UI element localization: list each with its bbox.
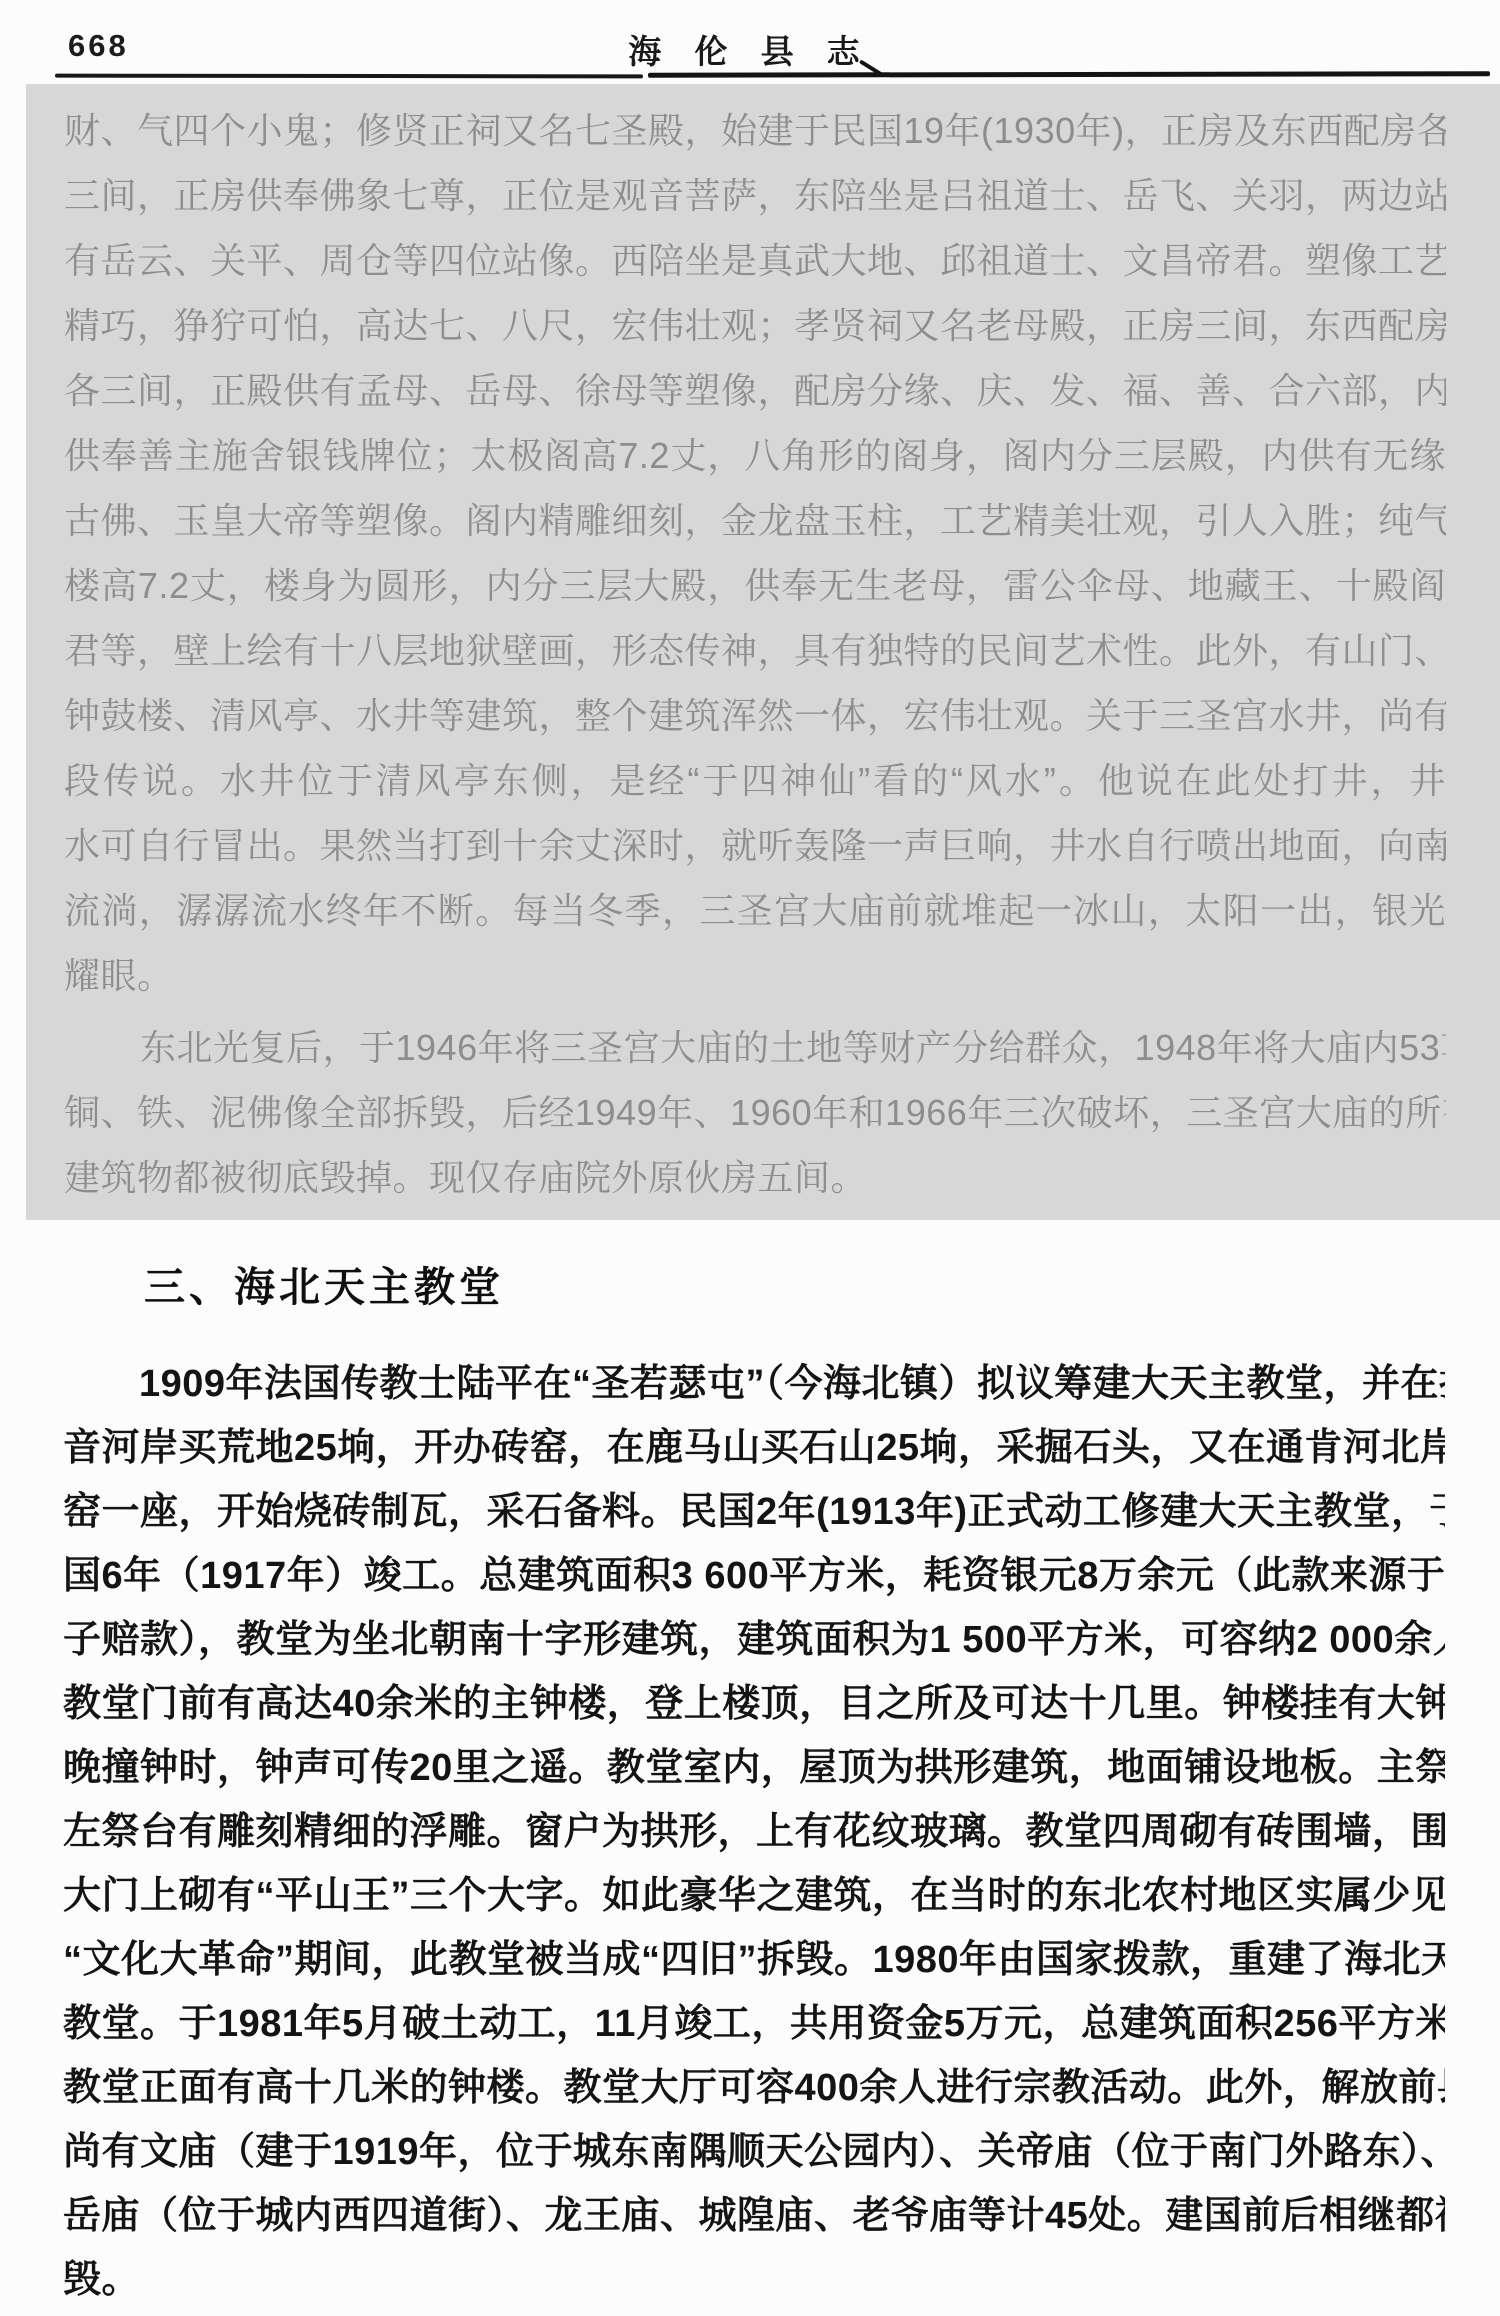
text-line: “文化大革命”期间，此教堂被当成“四旧”拆毁。1980年由国家拨款，重建了海北天… xyxy=(63,1928,1445,1992)
header-rule-right-segment xyxy=(648,71,1490,77)
text-line: 古佛、玉皇大帝等塑像。阁内精雕细刻，金龙盘玉柱，工艺精美壮观，引人入胜；纯气 xyxy=(64,488,1446,553)
text-line: 教堂。于1981年5月破土动工，11月竣工，共用资金5万元，总建筑面积256平方… xyxy=(63,1992,1445,2056)
text-line: 精巧，狰狞可怕，高达七、八尺，宏伟壮观；孝贤祠又名老母殿，正房三间，东西配房 xyxy=(64,293,1446,358)
text-line: 君等，壁上绘有十八层地狱壁画，形态传神，具有独特的民间艺术性。此外，有山门、 xyxy=(64,618,1446,683)
text-line: 财、气四个小鬼；修贤正祠又名七圣殿，始建于民国19年(1930年)，正房及东西配… xyxy=(64,98,1446,163)
text-line: 段传说。水井位于清风亭东侧，是经“于四神仙”看的“风水”。他说在此处打井，井 xyxy=(64,748,1446,813)
text-line: 耀眼。 xyxy=(64,943,1446,1008)
text-line: 水可自行冒出。果然当打到十余丈深时，就听轰隆一声巨响，井水自行喷出地面，向南 xyxy=(64,813,1446,878)
text-line: 窑一座，开始烧砖制瓦，采石备料。民国2年(1913年)正式动工修建大天主教堂，于… xyxy=(63,1480,1445,1544)
section-heading: 三、海北天主教堂 xyxy=(64,1254,1440,1313)
text-line: 铜、铁、泥佛像全部拆毁，后经1949年、1960年和1966年三次破坏，三圣宫大… xyxy=(64,1080,1446,1145)
text-line: 晚撞钟时，钟声可传20里之遥。教堂室内，屋顶为拱形建筑，地面铺设地板。主祭台和 xyxy=(63,1736,1445,1800)
text-line: 教堂正面有高十几米的钟楼。教堂大厅可容400余人进行宗教活动。此外，解放前县内 xyxy=(63,2056,1445,2120)
book-title: 海 伦 县 志 xyxy=(0,26,1500,73)
text-line: 楼高7.2丈，楼身为圆形，内分三层大殿，供奉无生老母，雷公伞母、地藏王、十殿阎 xyxy=(64,553,1446,618)
text-line: 东北光复后，于1946年将三圣宫大庙的土地等财产分给群众，1948年将大庙内53… xyxy=(64,1015,1446,1080)
header-rule xyxy=(0,70,1500,80)
text-line: 毁。 xyxy=(63,2248,1445,2312)
text-line: 钟鼓楼、清风亭、水井等建筑，整个建筑浑然一体，宏伟壮观。关于三圣宫水井，尚有一 xyxy=(64,683,1446,748)
text-line: 1909年法国传教士陆平在“圣若瑟屯”（今海北镇）拟议筹建大天主教堂，并在扎 xyxy=(63,1352,1445,1416)
section-paragraph: 1909年法国传教士陆平在“圣若瑟屯”（今海北镇）拟议筹建大天主教堂，并在扎音河… xyxy=(63,1352,1445,2312)
text-line: 岳庙（位于城内西四道街）、龙王庙、城隍庙、老爷庙等计45处。建国前后相继都被拆 xyxy=(63,2184,1445,2248)
text-line: 左祭台有雕刻精细的浮雕。窗户为拱形，上有花纹玻璃。教堂四周砌有砖围墙，围墙 xyxy=(63,1800,1445,1864)
continued-paragraph: 财、气四个小鬼；修贤正祠又名七圣殿，始建于民国19年(1930年)，正房及东西配… xyxy=(64,98,1446,1008)
text-line: 教堂门前有高达40余米的主钟楼，登上楼顶，目之所及可达十几里。钟楼挂有大钟，早 xyxy=(63,1672,1445,1736)
text-line: 子赔款），教堂为坐北朝南十字形建筑，建筑面积为1 500平方米，可容纳2 000… xyxy=(63,1608,1445,1672)
closing-paragraph: 东北光复后，于1946年将三圣宫大庙的土地等财产分给群众，1948年将大庙内53… xyxy=(64,1015,1446,1210)
text-line: 三间，正房供奉佛象七尊，正位是观音菩萨，东陪坐是吕祖道士、岳飞、关羽，两边站 xyxy=(64,163,1446,228)
text-line: 各三间，正殿供有孟母、岳母、徐母等塑像，配房分缘、庆、发、福、善、合六部，内 xyxy=(64,358,1446,423)
section-body: 1909年法国传教士陆平在“圣若瑟屯”（今海北镇）拟议筹建大天主教堂，并在扎音河… xyxy=(63,1352,1445,2312)
scanned-gray-text-block: 财、气四个小鬼；修贤正祠又名七圣殿，始建于民国19年(1930年)，正房及东西配… xyxy=(26,84,1500,1220)
text-line: 音河岸买荒地25垧，开办砖窑，在鹿马山买石山25垧，采掘石头，又在通肯河北岸建瓦 xyxy=(63,1416,1445,1480)
text-line: 供奉善主施舍银钱牌位；太极阁高7.2丈，八角形的阁身，阁内分三层殿，内供有无缘 xyxy=(64,423,1446,488)
text-line: 建筑物都被彻底毁掉。现仅存庙院外原伙房五间。 xyxy=(64,1145,1446,1210)
text-line: 有岳云、关平、周仓等四位站像。西陪坐是真武大地、邱祖道士、文昌帝君。塑像工艺 xyxy=(64,228,1446,293)
text-line: 大门上砌有“平山王”三个大字。如此豪华之建筑，在当时的东北农村地区实属少见。 xyxy=(63,1864,1445,1928)
text-line: 国6年（1917年）竣工。总建筑面积3 600平方米，耗资银元8万余元（此款来源… xyxy=(63,1544,1445,1608)
text-line: 流淌，潺潺流水终年不断。每当冬季，三圣宫大庙前就堆起一冰山，太阳一出，银光 xyxy=(64,878,1446,943)
page-header: 668 海 伦 县 志 xyxy=(0,24,1500,68)
text-line: 尚有文庙（建于1919年，位于城东南隅顺天公园内）、关帝庙（位于南门外路东）、关 xyxy=(63,2120,1445,2184)
header-rule-left-segment xyxy=(55,74,643,79)
